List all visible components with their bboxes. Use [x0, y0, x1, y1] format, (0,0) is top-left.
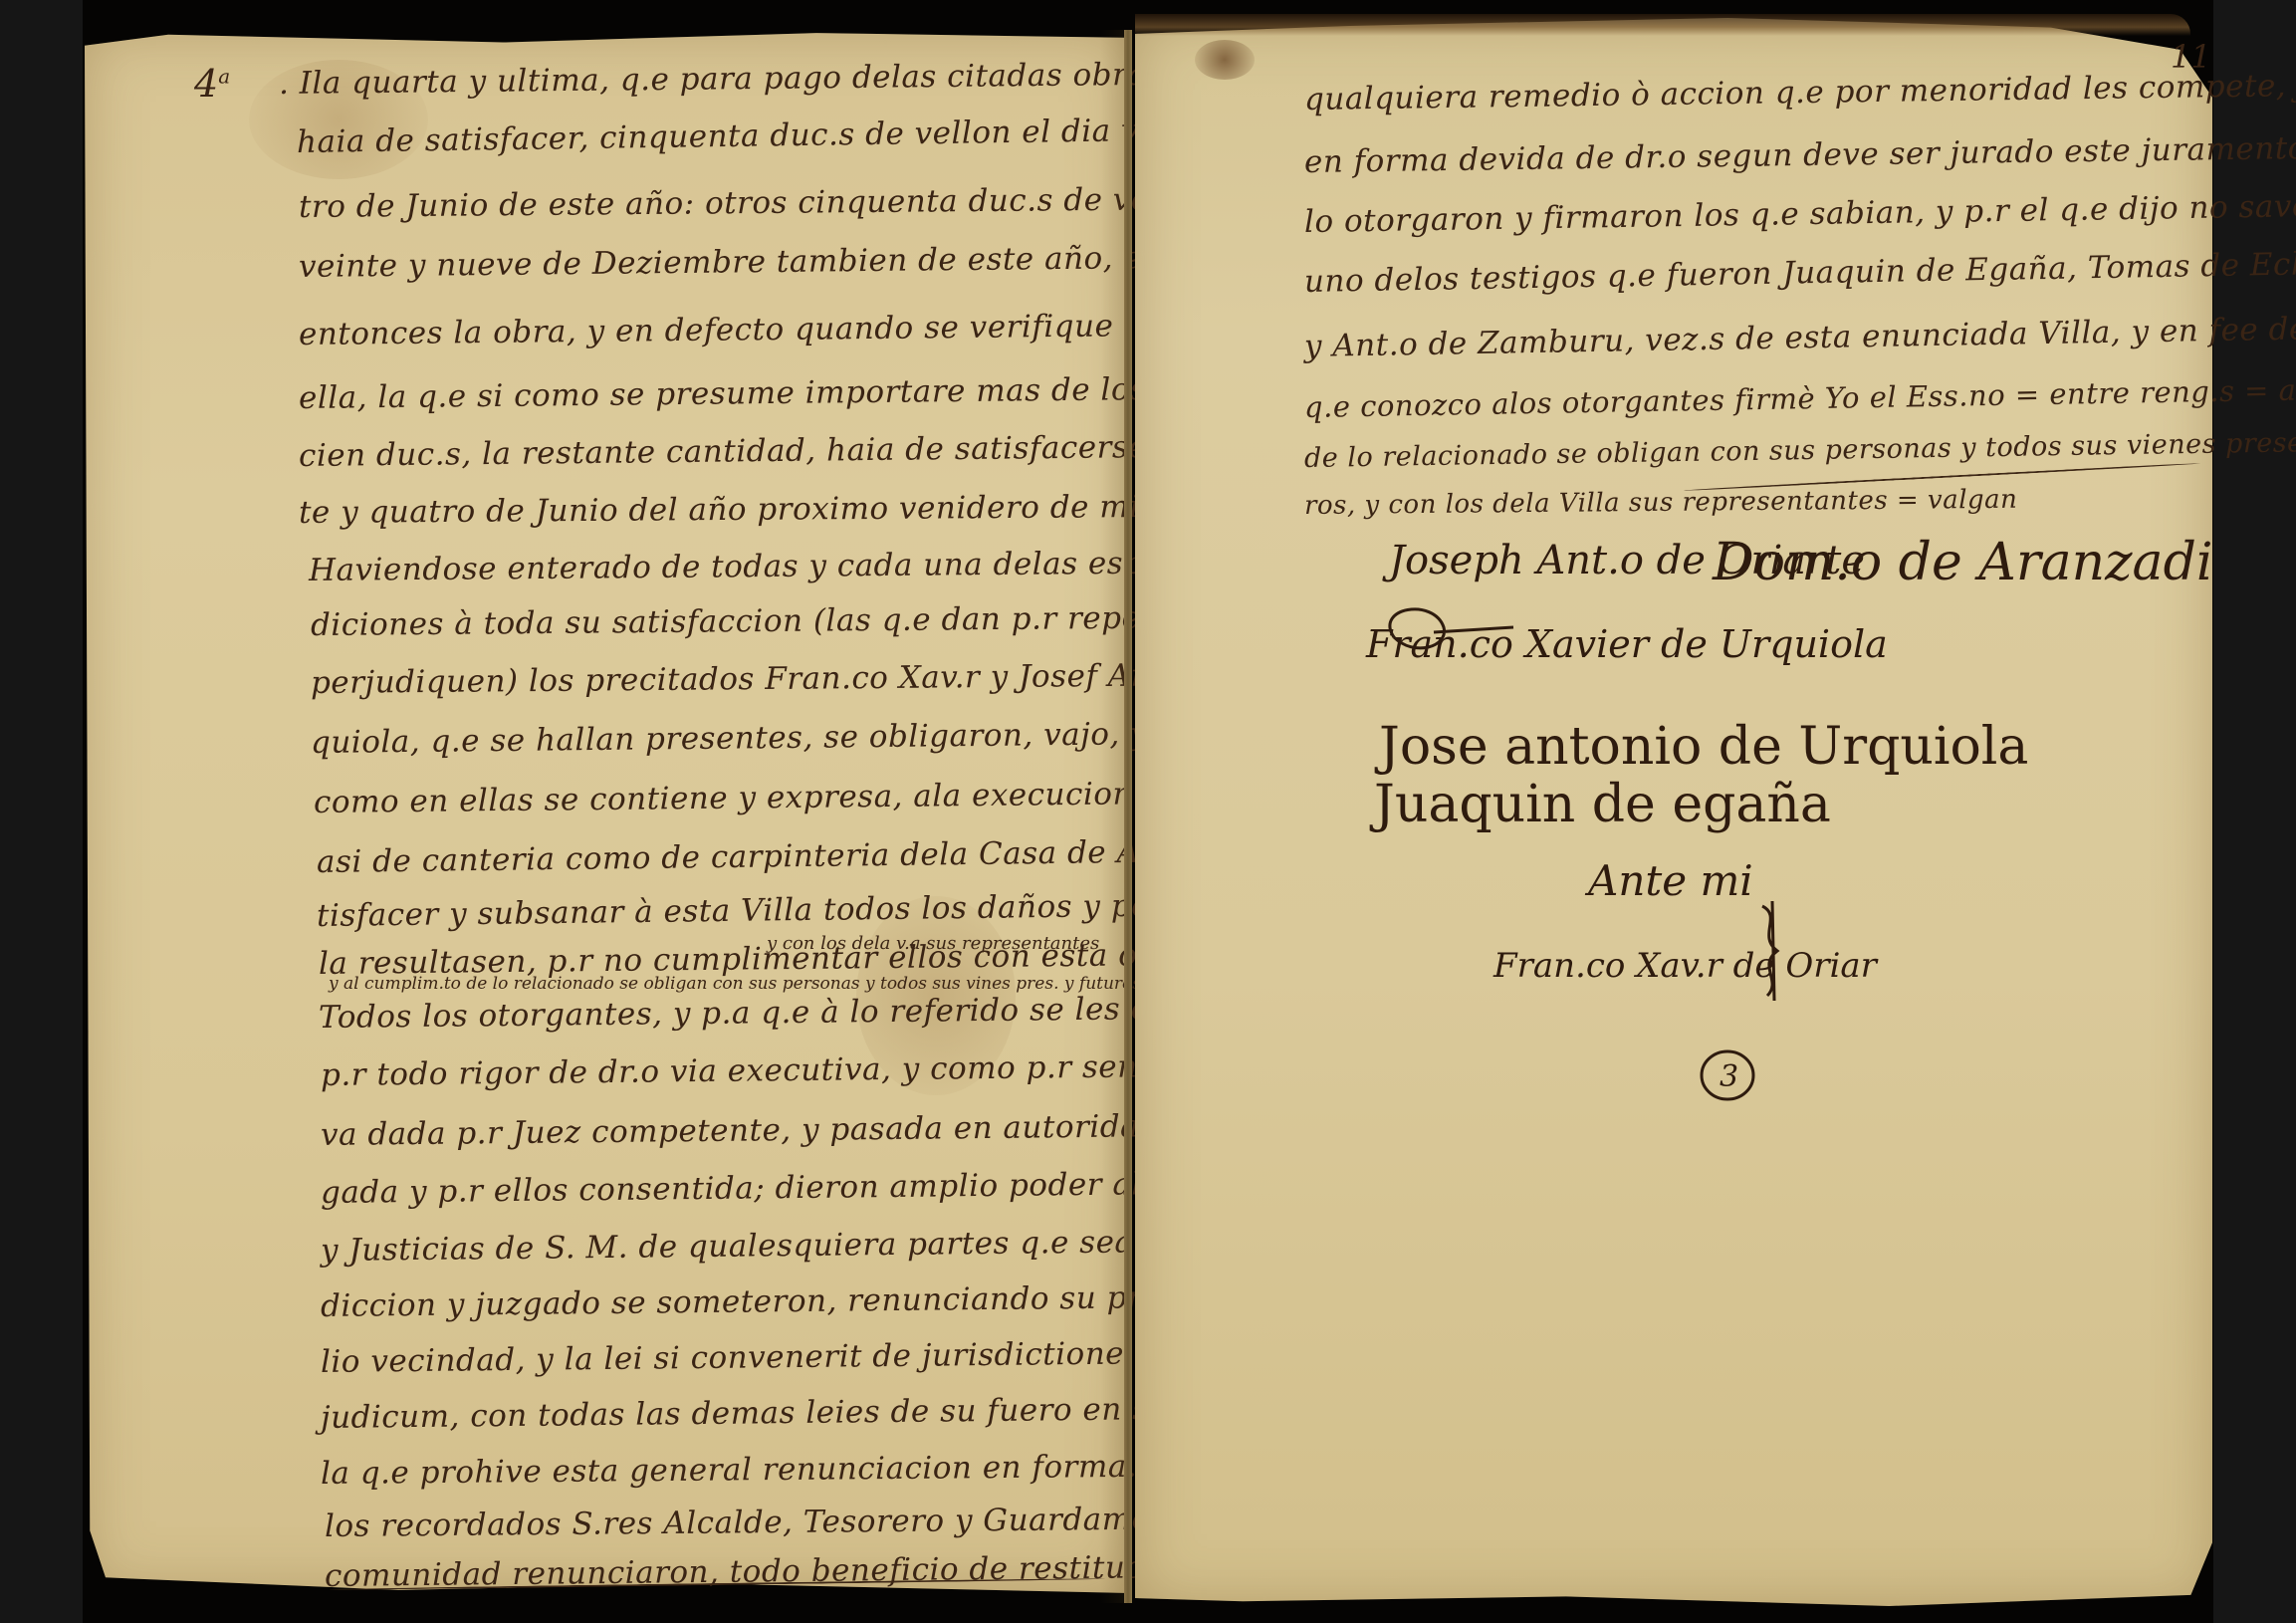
book-gutter: [1124, 30, 1132, 1603]
notary-ante-mi: Ante mi: [1588, 856, 1753, 905]
margin-clause-number: 4a: [194, 62, 230, 106]
signature-4: Jose antonio de Urquiola: [1379, 717, 2028, 777]
right-line-8: ros, y con los dela Villa sus representa…: [1304, 485, 2018, 521]
notary-seal-mark-icon: 3: [1693, 1041, 1762, 1110]
signature-5: Juaquin de egaña: [1374, 775, 1831, 834]
interlinear-note-2: y al cumplim.to de lo relacionado se obl…: [329, 974, 1141, 994]
signature-flourish-icon: [1374, 597, 1533, 677]
interlinear-note-1: y con los dela v.a sus representantes: [767, 933, 1099, 954]
notary-rubric-icon: [1752, 896, 1792, 1006]
notary-signature: Fran.co Xav.r de Oriar: [1493, 946, 1877, 986]
page-top-edge: [1135, 14, 2190, 36]
notary-mark-text: 3: [1720, 1059, 1738, 1094]
signature-2: Dom.o de Aranzadi: [1713, 533, 2212, 592]
ink-blot: [1195, 40, 1255, 80]
